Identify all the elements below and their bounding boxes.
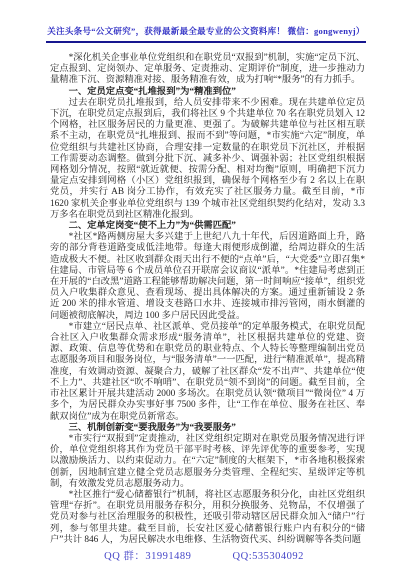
section-3-paragraph-2: *社区推行“爱心储蓄银行”机制，将社区志愿服务积分化，由社区党组织管理“存折”。… [50,490,365,546]
section-1-heading: 一、定员定点变“扎堆报到”为“精准到位” [50,87,365,98]
qq-contact: QQ:535304092 [233,551,304,562]
section-2-paragraph-2: *市建立“居民点单、社区派单、党员接单”的定单服务模式，在职党员配合社区入户收集… [50,322,365,423]
document-body: *深化机关企事业单位党组织和在职党员“双报到”机制，实施“定员下沉、定点报到、定… [50,53,365,546]
document-page: 关注头条号“公文研究”，获得最新最全最专业的公文资料库！ 微信：gongweny… [0,0,408,580]
section-1-paragraph: 过去在职党员扎堆报到，给人员安排带来不少困难。现在共建单位定员下沉，在职党员定点… [50,98,365,221]
section-2-heading: 二、定单定岗变“使不上力”为“供需匹配” [50,221,365,232]
promo-header-text: 关注头条号“公文研究”，获得最新最全最专业的公文资料库！ 微信：gongweny… [47,26,364,36]
promo-header-banner: 关注头条号“公文研究”，获得最新最全最专业的公文资料库！ 微信：gongweny… [46,25,366,43]
section-3-paragraph-1: *市实行“双报到”定责推动，社区党组织定期对在职党员服务情况进行评价，单位党组织… [50,434,365,490]
section-2-paragraph-1: *社区*路两侧房屋大多兴建于上世纪八九十年代，后因道路面上升，路旁的部分背巷道路… [50,232,365,322]
section-3-heading: 三、机制创新变“要我服务”为“我要服务” [50,423,365,434]
qq-group-contact: QQ 群：31991489 [104,548,191,563]
intro-paragraph: *深化机关企事业单位党组织和在职党员“双报到”机制，实施“定员下沉、定点报到、定… [50,53,365,87]
contact-footer: QQ 群：31991489 QQ:535304092 [0,548,408,563]
